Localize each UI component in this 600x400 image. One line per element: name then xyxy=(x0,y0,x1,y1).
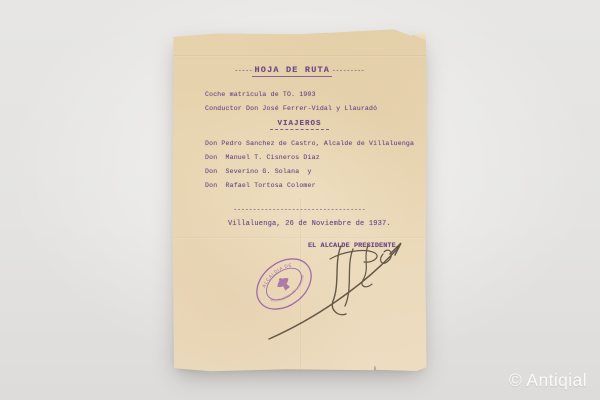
passenger-line: Don Severino G. Solana y xyxy=(205,168,312,176)
driver-line: Conductor Don José Ferrer-Vidal y Llaura… xyxy=(205,105,377,113)
photo-background: -----HOJA DE RUTA--------- Coche matricu… xyxy=(0,0,600,400)
passenger-line: Don Pedro Sanchez de Castro, Alcalde de … xyxy=(205,140,414,148)
car-registration-line: Coche matricula de TO. 1903 xyxy=(205,91,316,99)
document-content: -----HOJA DE RUTA--------- Coche matricu… xyxy=(172,28,427,372)
passenger-line: Don Rafael Tortosa Colomer xyxy=(205,182,316,190)
antiqial-watermark: © Antiqial xyxy=(509,370,587,391)
dateline: Villaluenga, 26 de Noviembre de 1937. xyxy=(228,220,391,228)
separator-dashes: ---------------------------------- xyxy=(172,206,427,214)
document-title-row: -----HOJA DE RUTA--------- xyxy=(172,66,427,75)
section-heading: VIAJEROS xyxy=(270,120,328,130)
document-paper: -----HOJA DE RUTA--------- Coche matricu… xyxy=(172,28,427,372)
document-title: HOJA DE RUTA xyxy=(252,65,332,77)
section-heading-row: VIAJEROS xyxy=(172,120,427,128)
title-dashes-left: ----- xyxy=(234,67,252,74)
passenger-line: Don Manuel T. Cisneros Diaz xyxy=(205,154,320,162)
title-dashes-right: --------- xyxy=(332,67,364,74)
signoff-line: EL ALCALDE PRESIDENTE, xyxy=(308,242,400,250)
